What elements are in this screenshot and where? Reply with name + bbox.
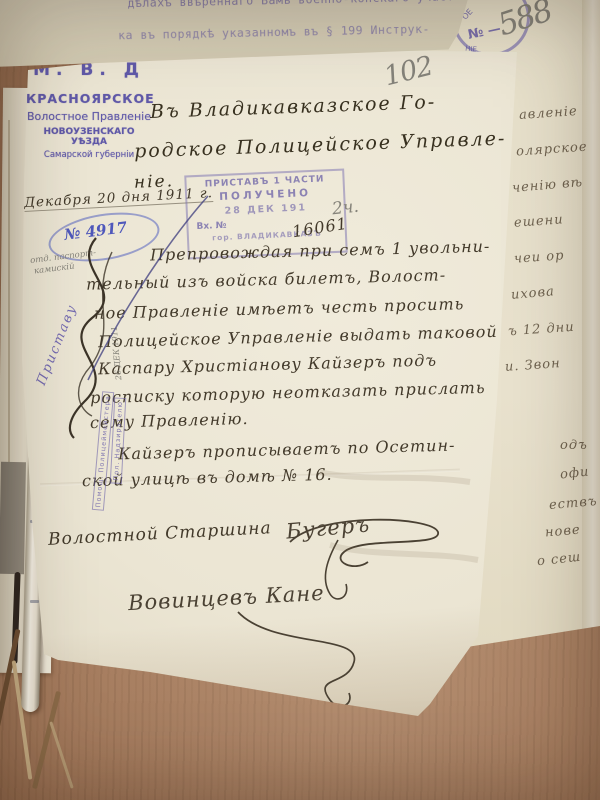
cursive-fragment: офи <box>559 465 590 483</box>
starshina-signature-flourish <box>290 520 438 566</box>
blue-diagonal-slash <box>88 196 208 380</box>
cursive-fragment: ествъ <box>548 494 598 513</box>
stamp-number-label: № — <box>467 21 503 43</box>
cursive-fragment: ченію вѣ <box>511 175 583 196</box>
cursive-fragment: ихова <box>510 284 555 303</box>
cursive-fragment: чеи ор <box>514 248 565 266</box>
margin-paraph-stroke <box>70 238 104 438</box>
typed-line: дѣлахъ ввѣреннаго Вамъ военно-конскаго у… <box>127 0 454 10</box>
ink-bleedthrough <box>320 472 478 560</box>
photo-of-archival-document: { "colors": { "stamp_purple": "#6059a8",… <box>0 0 600 800</box>
cursive-fragment: ъ 12 дни <box>508 320 576 340</box>
cursive-fragment: одъ <box>560 438 588 453</box>
cursive-fragment: авленіе <box>519 104 579 123</box>
cursive-fragment: олярское <box>516 140 588 160</box>
cursive-fragment: нове <box>544 522 581 540</box>
typed-line: ка въ порядкѣ указанномъ въ § 199 Инстру… <box>118 22 430 43</box>
margin-paraph-stroke <box>79 252 112 416</box>
cursive-fragment: ешени <box>514 212 565 230</box>
cursive-fragment: о сеш <box>536 550 582 570</box>
cursive-fragment: и. Звон <box>505 356 562 375</box>
